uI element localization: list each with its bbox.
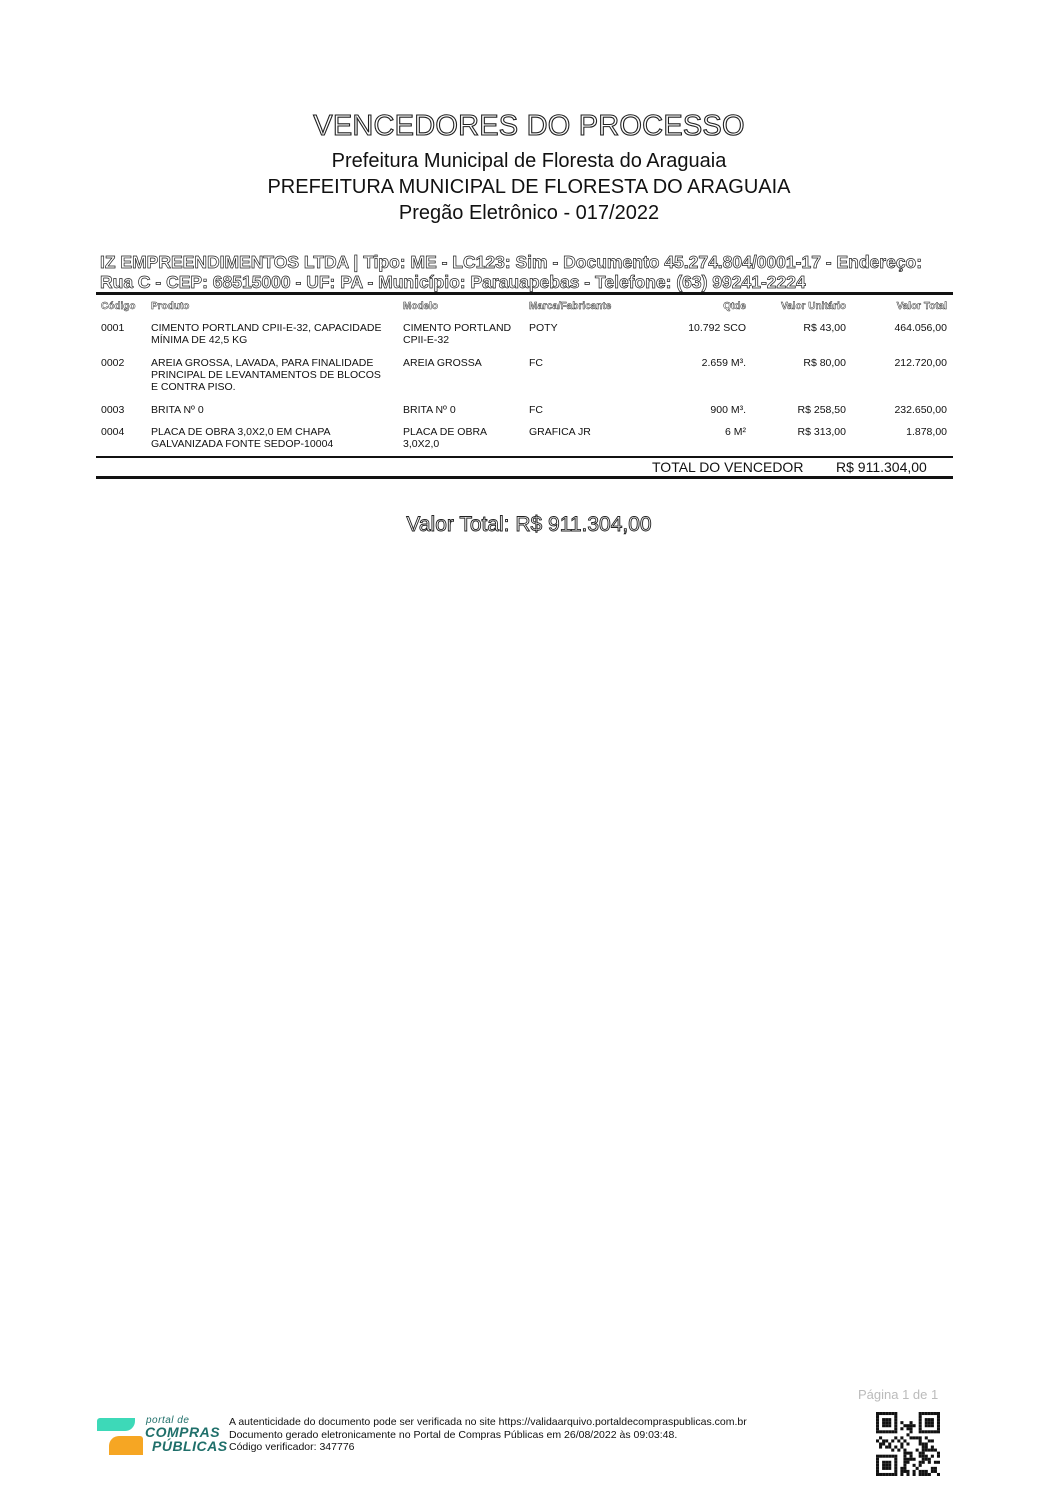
cell-valor-unitario: R$ 80,00 bbox=[746, 357, 846, 369]
logo-teal-shape bbox=[97, 1418, 135, 1431]
cell-modelo: BRITA Nº 0 bbox=[403, 404, 528, 416]
cell-valor-total: 212.720,00 bbox=[846, 357, 947, 369]
cell-produto: PLACA DE OBRA 3,0X2,0 EM CHAPAGALVANIZAD… bbox=[151, 426, 401, 450]
col-qtde: Qtde bbox=[646, 301, 746, 312]
generated-text: Documento gerado eletronicamente no Port… bbox=[229, 1429, 747, 1442]
cell-qtde: 6 M² bbox=[646, 426, 746, 438]
grand-total: Valor Total: R$ 911.304,00 bbox=[0, 513, 1058, 537]
cell-qtde: 2.659 M³. bbox=[646, 357, 746, 369]
entity-name-upper: PREFEITURA MUNICIPAL DE FLORESTA DO ARAG… bbox=[0, 176, 1058, 199]
cell-marca: FC bbox=[529, 357, 639, 369]
cell-valor-total: 1.878,00 bbox=[846, 426, 947, 438]
document-title: VENCEDORES DO PROCESSO bbox=[0, 110, 1058, 143]
cell-valor-total: 232.650,00 bbox=[846, 404, 947, 416]
col-codigo: Código bbox=[101, 301, 135, 312]
cell-marca: GRAFICA JR bbox=[529, 426, 639, 438]
verify-url-text: A autenticidade do documento pode ser ve… bbox=[229, 1416, 747, 1429]
qr-code-icon bbox=[876, 1412, 940, 1476]
cell-qtde: 900 M³. bbox=[646, 404, 746, 416]
cell-qtde: 10.792 SCO bbox=[646, 322, 746, 334]
col-modelo: Modelo bbox=[403, 301, 438, 312]
cell-codigo: 0004 bbox=[101, 426, 124, 438]
entity-name: Prefeitura Municipal de Floresta do Arag… bbox=[0, 150, 1058, 173]
cell-codigo: 0003 bbox=[101, 404, 124, 416]
cell-valor-unitario: R$ 258,50 bbox=[746, 404, 846, 416]
col-valor-unitario: Valor Unitário bbox=[746, 301, 846, 312]
cell-valor-total: 464.056,00 bbox=[846, 322, 947, 334]
cell-codigo: 0001 bbox=[101, 322, 124, 334]
cell-marca: FC bbox=[529, 404, 639, 416]
col-valor-total: Valor Total bbox=[846, 301, 947, 312]
col-marca: Marca/Fabricante bbox=[529, 301, 611, 312]
divider bbox=[96, 476, 953, 479]
verification-code: Código verificador: 347776 bbox=[229, 1441, 747, 1454]
cell-marca: POTY bbox=[529, 322, 639, 334]
process-id: Pregão Eletrônico - 017/2022 bbox=[0, 202, 1058, 225]
page-number: Página 1 de 1 bbox=[858, 1387, 938, 1402]
cell-codigo: 0002 bbox=[101, 357, 124, 369]
cell-modelo: PLACA DE OBRA3,0X2,0 bbox=[403, 426, 528, 450]
divider bbox=[96, 456, 953, 458]
cell-valor-unitario: R$ 313,00 bbox=[746, 426, 846, 438]
cell-produto: CIMENTO PORTLAND CPII-E-32, CAPACIDADEMÍ… bbox=[151, 322, 401, 346]
vendor-total-label: TOTAL DO VENCEDOR bbox=[652, 459, 803, 475]
vendor-info-line1: IZ EMPREENDIMENTOS LTDA | Tipo: ME - LC1… bbox=[100, 252, 960, 272]
cell-modelo: AREIA GROSSA bbox=[403, 357, 528, 369]
logo-orange-shape bbox=[109, 1436, 143, 1455]
col-produto: Produto bbox=[151, 301, 189, 312]
cell-modelo: CIMENTO PORTLANDCPII-E-32 bbox=[403, 322, 528, 346]
authenticity-note: A autenticidade do documento pode ser ve… bbox=[229, 1416, 747, 1454]
logo-text: PÚBLICAS bbox=[152, 1438, 228, 1454]
cell-produto: BRITA Nº 0 bbox=[151, 404, 401, 416]
cell-valor-unitario: R$ 43,00 bbox=[746, 322, 846, 334]
cell-produto: AREIA GROSSA, LAVADA, PARA FINALIDADEPRI… bbox=[151, 357, 401, 393]
vendor-info-line2: Rua C - CEP: 68515000 - UF: PA - Municíp… bbox=[100, 272, 960, 292]
divider bbox=[96, 292, 953, 295]
vendor-total-value: R$ 911.304,00 bbox=[836, 459, 927, 475]
